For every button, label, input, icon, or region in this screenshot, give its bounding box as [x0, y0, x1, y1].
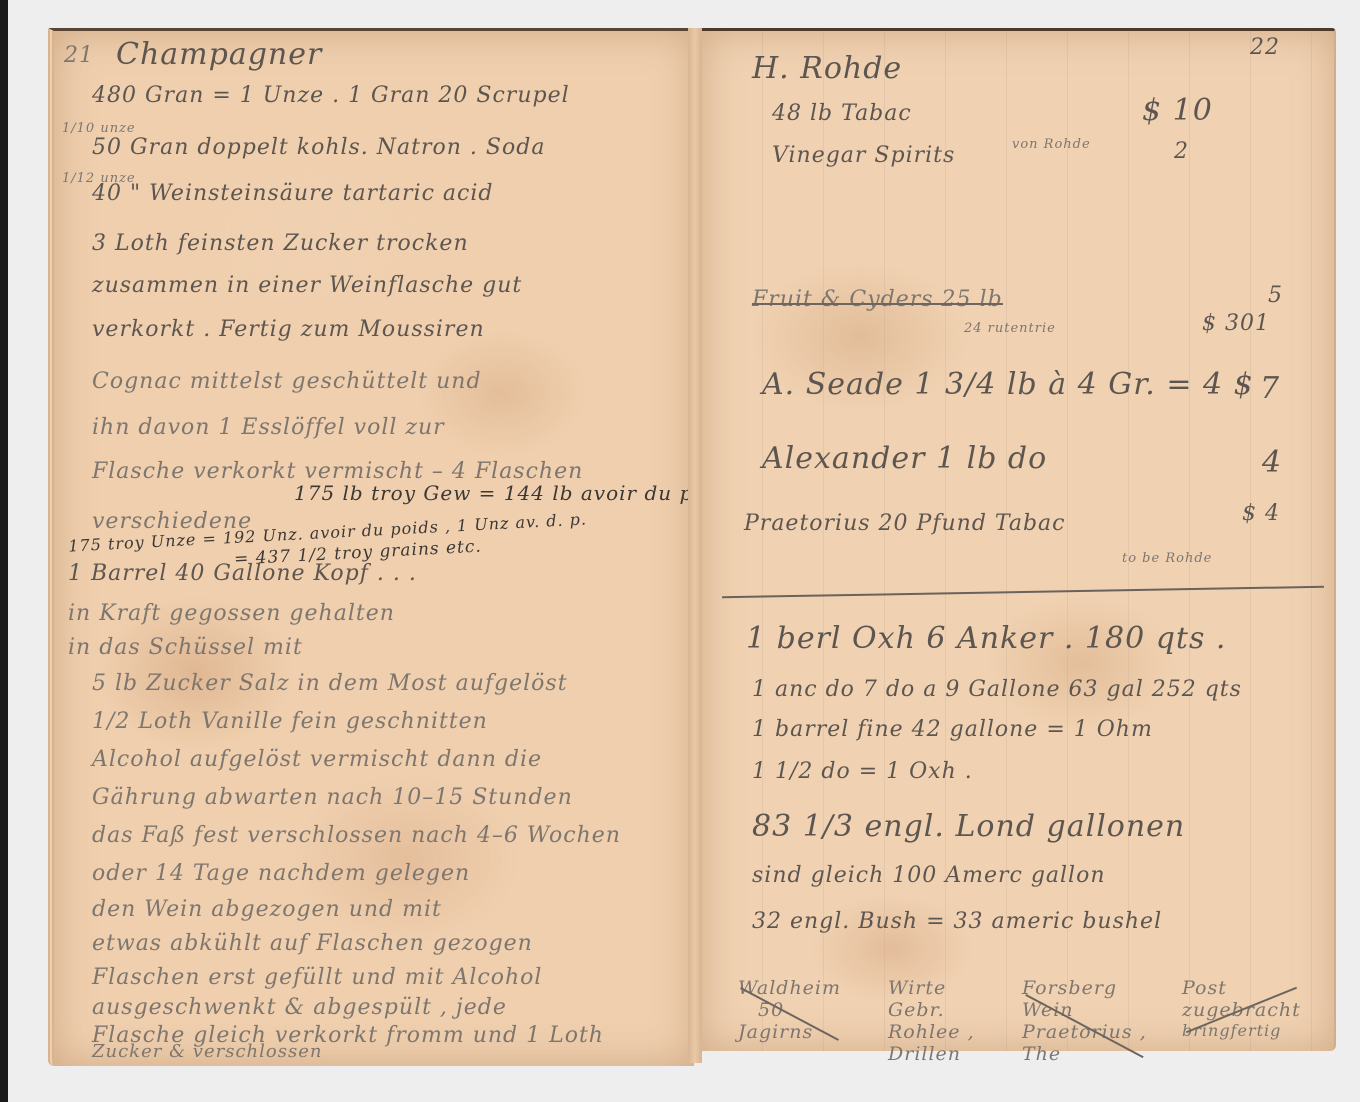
entry-note: to be Rohde	[1122, 551, 1212, 566]
footer-column: Post zugebracht bringfertig	[1182, 977, 1301, 1040]
entry-amount: 5	[1268, 283, 1283, 308]
text-line: das Faß fest verschlossen nach 4–6 Woche…	[92, 823, 621, 848]
text-line: den Wein abgezogen und mit	[92, 897, 442, 922]
measure-line: sind gleich 100 Amerc gallon	[752, 863, 1106, 888]
text-line: ausgeschwenkt & abgespült , jede	[92, 995, 507, 1020]
text-line: 50 Gran doppelt kohls. Natron . Soda	[92, 135, 545, 160]
open-notebook: 21 Champagner 480 Gran = 1 Unze . 1 Gran…	[30, 14, 1348, 1074]
column-line: zugebracht	[1182, 999, 1301, 1021]
scan-edge	[0, 0, 8, 1102]
footer-column: Forsberg Wein Praetorius , The	[1022, 977, 1147, 1065]
entry-text-struck: Fruit & Cyders 25 lb	[752, 287, 1003, 312]
measure-line: 32 engl. Bush = 33 americ bushel	[752, 909, 1162, 934]
measure-line: 1 barrel fine 42 gallone = 1 Ohm	[752, 717, 1153, 742]
text-line: 3 Loth feinsten Zucker trocken	[92, 231, 469, 256]
text-line: 40 " Weinsteinsäure tartaric acid	[92, 181, 493, 206]
page-number: 22	[1250, 35, 1280, 60]
divider-line	[722, 586, 1324, 599]
entry-amount: $ 4	[1242, 501, 1280, 526]
notebook-spine	[688, 28, 702, 1063]
text-line: Cognac mittelst geschüttelt und	[92, 369, 482, 394]
entry-text: 48 lb Tabac	[772, 101, 912, 126]
entry-amount: 2	[1174, 139, 1189, 164]
margin-note: 1/10 unze	[62, 121, 136, 136]
text-line: etwas abkühlt auf Flaschen gezogen	[92, 931, 533, 956]
column-line: Wein	[1022, 999, 1147, 1021]
entry-text: Praetorius 20 Pfund Tabac	[744, 511, 1066, 536]
left-page: 21 Champagner 480 Gran = 1 Unze . 1 Gran…	[48, 28, 694, 1066]
column-line: bringfertig	[1182, 1021, 1301, 1040]
text-line: Flaschen erst gefüllt und mit Alcohol	[92, 965, 542, 990]
column-head: Post	[1182, 977, 1301, 999]
entry-amount: 4	[1262, 445, 1282, 480]
entry-amount: 7	[1260, 371, 1280, 406]
entry-text: Vinegar Spirits	[772, 143, 955, 168]
footer-column: Wirte Gebr. Rohlee , Drillen	[888, 977, 975, 1065]
column-line: The	[1022, 1043, 1147, 1065]
column-head: Wirte	[888, 977, 975, 999]
text-line: oder 14 Tage nachdem gelegen	[92, 861, 470, 886]
measure-line: 1 anc do 7 do a 9 Gallone 63 gal 252 qts	[752, 677, 1242, 702]
measure-line: 83 1/3 engl. Lond gallonen	[752, 809, 1185, 844]
column-line: Gebr.	[888, 999, 975, 1021]
text-line: 5 lb Zucker Salz in dem Most aufgelöst	[92, 671, 568, 696]
page-header: H. Rohde	[752, 51, 902, 86]
page-number: 21	[64, 43, 94, 68]
insertion-line: 175 lb troy Gew = 144 lb avoir du poids	[294, 481, 739, 505]
column-head: Waldheim	[738, 977, 841, 999]
entry-note: von Rohde	[1012, 137, 1091, 152]
column-head: Forsberg	[1022, 977, 1147, 999]
column-line: Praetorius ,	[1022, 1021, 1147, 1043]
text-line: 1/2 Loth Vanille fein geschnitten	[92, 709, 488, 734]
entry-amount: $ 10	[1142, 93, 1213, 128]
column-line: Jagirns	[738, 1021, 841, 1043]
text-line: verkorkt . Fertig zum Moussiren	[92, 317, 485, 342]
text-line: zusammen in einer Weinflasche gut	[92, 273, 522, 298]
text-line: in Kraft gegossen gehalten	[68, 601, 395, 626]
right-page: 22 H. Rohde 48 lb Tabac $ 10 Vinegar Spi…	[702, 28, 1336, 1051]
column-line: Rohlee ,	[888, 1021, 975, 1043]
text-line: ihn davon 1 Esslöffel voll zur	[92, 415, 445, 440]
entry-amount: $ 301	[1202, 311, 1270, 336]
page-title: Champagner	[116, 37, 322, 72]
entry-text: Alexander 1 lb do	[762, 441, 1047, 476]
text-line: Zucker & verschlossen	[92, 1041, 322, 1062]
entry-text: 24 rutentrie	[964, 321, 1056, 336]
text-line: Gährung abwarten nach 10–15 Stunden	[92, 785, 573, 810]
footer-column: Waldheim 50 Jagirns	[738, 977, 841, 1043]
text-line: 1 Barrel 40 Gallone Kopf . . .	[68, 561, 417, 586]
column-line: Drillen	[888, 1043, 975, 1065]
measure-line: 1 berl Oxh 6 Anker . 180 qts .	[746, 621, 1226, 656]
column-line: 50	[758, 999, 841, 1021]
text-line: in das Schüssel mit	[68, 635, 303, 660]
text-line: Alcohol aufgelöst vermischt dann die	[92, 747, 542, 772]
entry-text: A. Seade 1 3/4 lb à 4 Gr. = 4 $	[762, 367, 1254, 402]
measure-line: 1 1/2 do = 1 Oxh .	[752, 759, 973, 784]
text-line: 480 Gran = 1 Unze . 1 Gran 20 Scrupel	[92, 83, 570, 108]
